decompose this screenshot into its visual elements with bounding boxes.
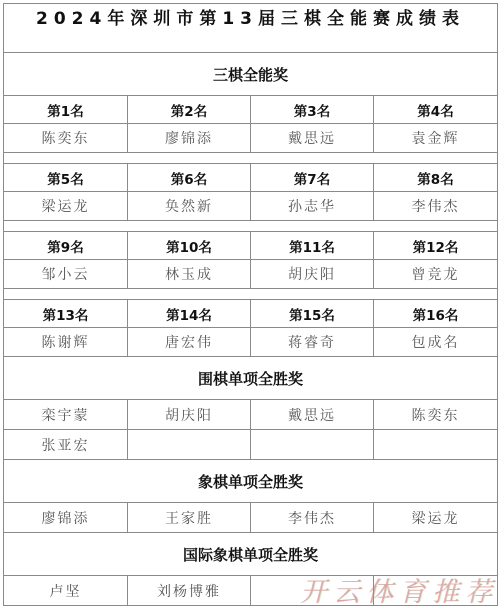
player-name: 林玉成 bbox=[128, 260, 251, 288]
spacer-row bbox=[4, 221, 497, 232]
section-heading-row: 国际象棋单项全胜奖 bbox=[4, 533, 497, 576]
rank-label: 第4名 bbox=[374, 96, 497, 123]
rank-label: 第6名 bbox=[128, 164, 251, 191]
player-name: 栾宇蒙 bbox=[4, 400, 128, 429]
spacer-row bbox=[4, 289, 497, 300]
player-name: 唐宏伟 bbox=[128, 328, 251, 356]
player-name: 蒋睿奇 bbox=[251, 328, 374, 356]
player-name bbox=[251, 430, 374, 459]
results-table: 2024年深圳市第13届三棋全能赛成绩表 三棋全能奖 第1名 第2名 第3名 第… bbox=[3, 3, 498, 606]
rank-label: 第10名 bbox=[128, 232, 251, 259]
player-name: 梁运龙 bbox=[374, 503, 497, 532]
player-name bbox=[251, 576, 374, 605]
section-heading-xiangqi: 象棋单项全胜奖 bbox=[4, 460, 497, 502]
player-name: 廖锦添 bbox=[128, 124, 251, 152]
rank-label: 第5名 bbox=[4, 164, 128, 191]
rank-label: 第8名 bbox=[374, 164, 497, 191]
name-row: 梁运龙 奂然新 孙志华 李伟杰 bbox=[4, 192, 497, 221]
rank-label: 第7名 bbox=[251, 164, 374, 191]
rank-label: 第3名 bbox=[251, 96, 374, 123]
rank-label: 第15名 bbox=[251, 300, 374, 327]
rank-header-row: 第1名 第2名 第3名 第4名 bbox=[4, 96, 497, 124]
player-name: 胡庆阳 bbox=[251, 260, 374, 288]
player-name: 刘杨博雅 bbox=[128, 576, 251, 605]
section-heading-chess: 国际象棋单项全胜奖 bbox=[4, 533, 497, 575]
table-title-row: 2024年深圳市第13届三棋全能赛成绩表 bbox=[4, 4, 497, 53]
rank-label: 第16名 bbox=[374, 300, 497, 327]
player-name: 王家胜 bbox=[128, 503, 251, 532]
rank-label: 第1名 bbox=[4, 96, 128, 123]
section-heading-overall: 三棋全能奖 bbox=[4, 53, 497, 95]
spacer-row bbox=[4, 153, 497, 164]
rank-label: 第2名 bbox=[128, 96, 251, 123]
player-name: 戴思远 bbox=[251, 400, 374, 429]
player-name: 戴思远 bbox=[251, 124, 374, 152]
name-row: 卢坚 刘杨博雅 bbox=[4, 576, 497, 606]
player-name: 曾竞龙 bbox=[374, 260, 497, 288]
player-name: 袁金辉 bbox=[374, 124, 497, 152]
rank-label: 第13名 bbox=[4, 300, 128, 327]
rank-header-row: 第9名 第10名 第11名 第12名 bbox=[4, 232, 497, 260]
section-heading-row: 三棋全能奖 bbox=[4, 53, 497, 96]
player-name: 孙志华 bbox=[251, 192, 374, 220]
section-heading-row: 围棋单项全胜奖 bbox=[4, 357, 497, 400]
name-row: 栾宇蒙 胡庆阳 戴思远 陈奕东 bbox=[4, 400, 497, 430]
player-name bbox=[374, 576, 497, 605]
player-name bbox=[128, 430, 251, 459]
player-name: 陈奕东 bbox=[4, 124, 128, 152]
player-name: 邹小云 bbox=[4, 260, 128, 288]
player-name: 陈奕东 bbox=[374, 400, 497, 429]
player-name: 张亚宏 bbox=[4, 430, 128, 459]
name-row: 陈谢辉 唐宏伟 蒋睿奇 包成名 bbox=[4, 328, 497, 357]
name-row: 邹小云 林玉成 胡庆阳 曾竞龙 bbox=[4, 260, 497, 289]
rank-label: 第14名 bbox=[128, 300, 251, 327]
player-name: 李伟杰 bbox=[374, 192, 497, 220]
player-name: 李伟杰 bbox=[251, 503, 374, 532]
section-heading-row: 象棋单项全胜奖 bbox=[4, 460, 497, 503]
section-heading-go: 围棋单项全胜奖 bbox=[4, 357, 497, 399]
player-name: 卢坚 bbox=[4, 576, 128, 605]
player-name: 包成名 bbox=[374, 328, 497, 356]
player-name: 胡庆阳 bbox=[128, 400, 251, 429]
player-name: 陈谢辉 bbox=[4, 328, 128, 356]
player-name: 廖锦添 bbox=[4, 503, 128, 532]
player-name: 梁运龙 bbox=[4, 192, 128, 220]
page-title: 2024年深圳市第13届三棋全能赛成绩表 bbox=[36, 4, 465, 52]
rank-label: 第11名 bbox=[251, 232, 374, 259]
name-row: 陈奕东 廖锦添 戴思远 袁金辉 bbox=[4, 124, 497, 153]
player-name: 奂然新 bbox=[128, 192, 251, 220]
name-row: 张亚宏 bbox=[4, 430, 497, 460]
rank-header-row: 第13名 第14名 第15名 第16名 bbox=[4, 300, 497, 328]
rank-label: 第12名 bbox=[374, 232, 497, 259]
rank-label: 第9名 bbox=[4, 232, 128, 259]
name-row: 廖锦添 王家胜 李伟杰 梁运龙 bbox=[4, 503, 497, 533]
rank-header-row: 第5名 第6名 第7名 第8名 bbox=[4, 164, 497, 192]
player-name bbox=[374, 430, 497, 459]
